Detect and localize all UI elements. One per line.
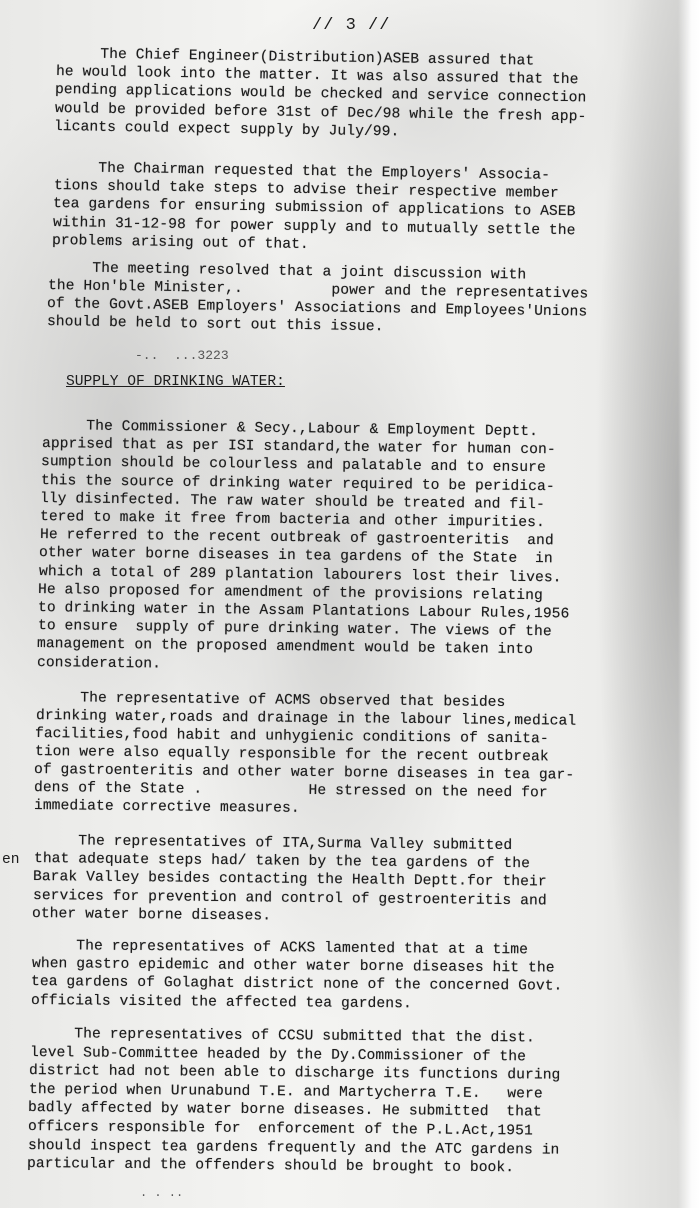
text-line: should inspect tea gardens frequently an… — [28, 1138, 560, 1159]
text-line: services for prevention and control of g… — [33, 888, 547, 909]
text-line: district had not been able to discharge … — [29, 1063, 561, 1084]
text-line: particular and the offenders should be b… — [27, 1156, 514, 1176]
text-line: The representatives of ACKS lamented tha… — [32, 938, 528, 958]
text-line: other water borne diseases. — [32, 906, 271, 925]
text-line: when gastro epidemic and other water bor… — [32, 956, 555, 977]
margin-note: en — [2, 852, 20, 868]
text-line: licants could expect supply by July/99. — [54, 119, 400, 140]
text-line: The representatives of CCSU submitted th… — [30, 1026, 535, 1046]
section-heading: SUPPLY OF DRINKING WATER: — [66, 374, 285, 390]
text-line: should be held to sort out this issue. — [47, 314, 384, 335]
page-edge-shadow — [678, 0, 700, 1208]
text-line: officers responsible for enforcement of … — [28, 1119, 533, 1139]
scanned-document-page: // 3 // The Chief Engineer(Distribution)… — [0, 0, 700, 1208]
text-line: Barak Valley besides contacting the Heal… — [33, 869, 547, 890]
trailing-marks: . . .. — [140, 1186, 183, 1200]
text-line: problems arising out of that. — [52, 233, 309, 253]
text-line: badly affected by water borne diseases. … — [28, 1100, 542, 1120]
text-line: officials visited the affected tea garde… — [31, 993, 412, 1012]
text-line: the period when Urunabund T.E. and Marty… — [29, 1082, 543, 1102]
text-line: level Sub-Committee headed by the Dy.Com… — [30, 1045, 526, 1065]
text-line: tea gardens of Golaghat district none of… — [31, 974, 563, 995]
page-number: // 3 // — [312, 16, 390, 35]
text-line: consideration. — [37, 655, 161, 673]
handwritten-scribble: -.. ...3223 — [135, 348, 229, 363]
text-line: immediate corrective measures. — [34, 798, 300, 817]
